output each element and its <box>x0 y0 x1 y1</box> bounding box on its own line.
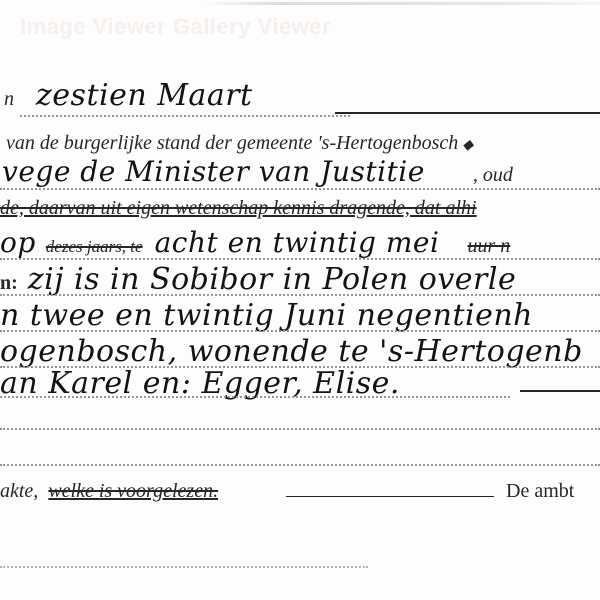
closing-line: akte, welke is voorgelezen. <box>0 480 218 503</box>
dotted-rule <box>0 330 600 332</box>
solid-rule <box>335 112 600 114</box>
birth-date-line: n twee en twintig Juni negentienh <box>0 298 533 333</box>
registrar-line: van de burgerlijke stand der gemeente 's… <box>6 132 473 155</box>
handwritten-place: zij is in Sobibor in Polen overle <box>28 262 516 297</box>
official-label: De ambt <box>506 480 574 503</box>
handwritten-time: acht en twintig mei <box>155 226 440 259</box>
printed-prefix: n <box>4 88 14 110</box>
authority-line: vege de Minister van Justitie , oud <box>2 155 513 188</box>
dotted-rule <box>0 464 600 466</box>
date-line: n zestien Maart <box>4 78 253 113</box>
paper-edge <box>200 2 600 5</box>
ornament-icon: ◆ <box>462 138 473 153</box>
time-line: op dezes jaars, te acht en twintig mei u… <box>0 226 510 259</box>
handwritten-date: zestien Maart <box>36 78 253 113</box>
handwritten-authority: vege de Minister van Justitie <box>2 155 425 188</box>
printed-prefix: n: <box>0 272 18 294</box>
printed-suffix: , oud <box>473 164 513 186</box>
scanned-document-page: Image Viewer Gallery Viewer n zestien Ma… <box>0 0 600 600</box>
dotted-rule <box>0 428 600 430</box>
dotted-rule <box>0 294 600 296</box>
solid-rule <box>520 390 600 392</box>
dotted-rule <box>0 188 600 190</box>
handwritten-residence: ogenbosch, wonende te 's-Hertogenb <box>0 334 583 369</box>
struck-clause: de, daarvan uit eigen wetenschap kennis … <box>0 197 477 219</box>
dotted-rule <box>0 566 368 568</box>
struck-suffix: uur n <box>467 235 510 257</box>
struck-read-aloud: welke is voorgelezen. <box>48 480 218 502</box>
solid-rule <box>286 496 494 497</box>
handwritten-birth-date: n twee en twintig Juni negentienh <box>0 298 533 333</box>
residence-line: ogenbosch, wonende te 's-Hertogenb <box>0 334 583 369</box>
printed-ambt: De ambt <box>506 480 574 502</box>
struck-text: dezes jaars, te <box>46 237 143 256</box>
viewer-watermark: Image Viewer Gallery Viewer <box>20 14 331 40</box>
handwritten-prefix: op <box>0 226 36 259</box>
dotted-rule <box>20 115 350 117</box>
dotted-rule <box>0 396 510 398</box>
knowledge-clause-line: de, daarvan uit eigen wetenschap kennis … <box>0 197 477 220</box>
place-of-death-line: n: zij is in Sobibor in Polen overle <box>0 262 516 297</box>
printed-registrar: van de burgerlijke stand der gemeente 's… <box>6 132 458 154</box>
printed-akte: akte, <box>0 480 38 502</box>
dotted-rule <box>0 258 600 260</box>
